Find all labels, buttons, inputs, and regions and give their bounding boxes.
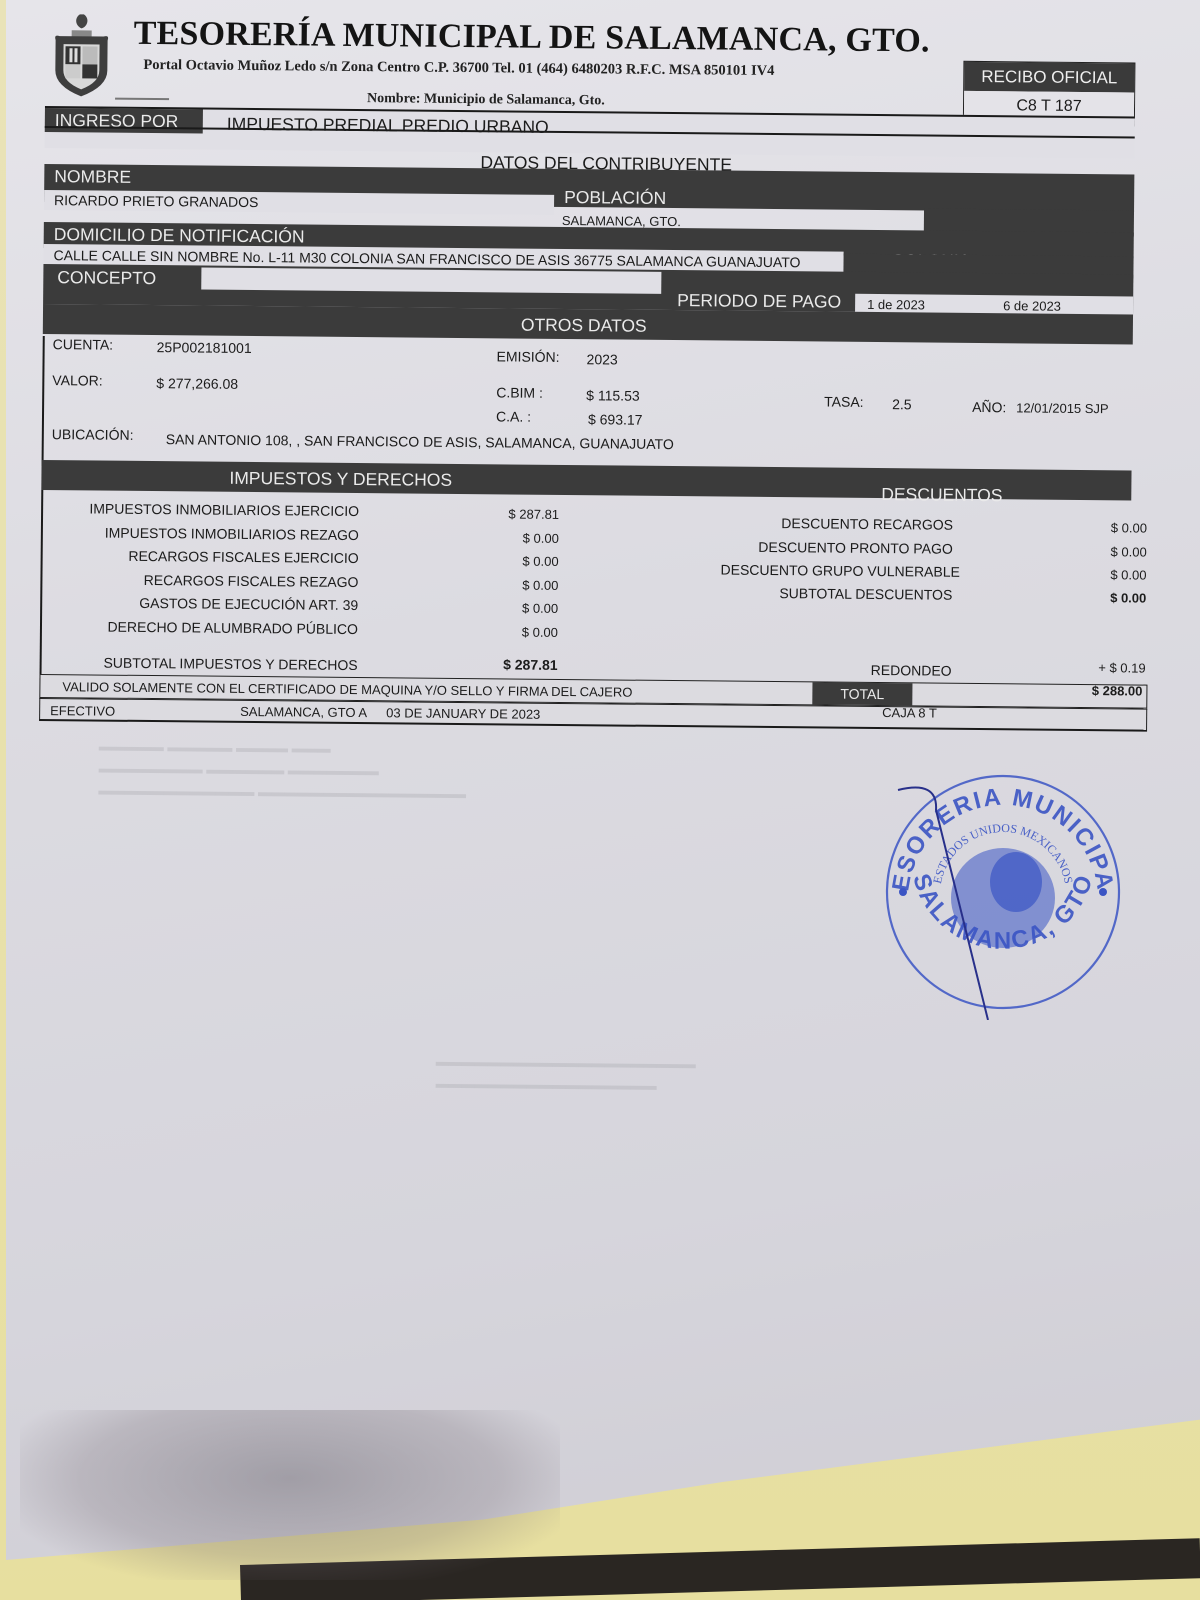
impuestos-subtotal-label: SUBTOTAL IMPUESTOS Y DERECHOS xyxy=(40,654,358,673)
caja: CAJA 8 T xyxy=(882,705,937,721)
descuento-label: DESCUENTO RECARGOS xyxy=(721,515,953,533)
valor-label: VALOR: xyxy=(52,372,102,388)
redondeo-label: REDONDEO xyxy=(720,660,952,678)
validez-text: VALIDO SOLAMENTE CON EL CERTIFICADO DE M… xyxy=(62,679,632,699)
periodo-hasta: 6 de 2023 xyxy=(1003,298,1061,314)
emision-value: 2023 xyxy=(587,351,618,367)
impuesto-label: RECARGOS FISCALES REZAGO xyxy=(40,570,358,589)
impuesto-amount: $ 0.00 xyxy=(461,530,559,546)
poblacion-label: POBLACIÓN xyxy=(564,187,666,209)
total-amount: $ 288.00 xyxy=(1020,682,1142,698)
ca-value: $ 693.17 xyxy=(588,411,643,428)
receipt-label: RECIBO OFICIAL xyxy=(964,62,1134,93)
impuesto-label: GASTOS DE EJECUCIÓN ART. 39 xyxy=(40,594,358,613)
descuento-amount: $ 0.00 xyxy=(1050,567,1146,583)
descuento-amount: $ 0.00 xyxy=(1051,520,1147,536)
descuentos-subtotal-label: SUBTOTAL DESCUENTOS xyxy=(720,585,952,603)
cuenta-value: 25P002181001 xyxy=(157,339,252,356)
hand-shadow xyxy=(20,1410,560,1580)
total-label: TOTAL xyxy=(812,682,912,705)
impuestos-title: IMPUESTOS Y DERECHOS xyxy=(229,468,452,491)
descuentos-title: DESCUENTOS xyxy=(881,484,1002,506)
tasa-label: TASA: xyxy=(824,393,864,409)
nombre-label: NOMBRE xyxy=(54,166,131,188)
emision-label: EMISIÓN: xyxy=(497,348,560,365)
descuentos-subtotal-amount: $ 0.00 xyxy=(1050,590,1146,606)
impuesto-label: DERECHO DE ALUMBRADO PÚBLICO xyxy=(40,617,358,636)
periodo-label: PERIODO DE PAGO xyxy=(677,290,841,313)
issuer-title: TESORERÍA MUNICIPAL DE SALAMANCA, GTO. xyxy=(133,15,929,61)
impuestos-subtotal-amount: $ 287.81 xyxy=(460,656,558,673)
municipal-coat-of-arms-icon xyxy=(49,12,114,99)
ca-label: C.A. : xyxy=(496,408,531,424)
nombre-value: RICARDO PRIETO GRANADOS xyxy=(54,192,258,210)
mexican-eagle-seal-icon: TESORERIA MUNICIPAL SALAMANCA, GTO ESTAD… xyxy=(878,770,1128,1020)
impuesto-amount: $ 0.00 xyxy=(460,624,558,640)
impuesto-label: IMPUESTOS INMOBILIARIOS EJERCICIO xyxy=(41,500,359,519)
impuesto-amount: $ 287.81 xyxy=(461,506,559,522)
anio-value: 12/01/2015 SJP xyxy=(1016,400,1109,416)
ingreso-value: IMPUESTO PREDIAL PREDIO URBANO xyxy=(227,114,549,138)
impuesto-label: RECARGOS FISCALES EJERCICIO xyxy=(41,547,359,566)
descuento-label: DESCUENTO GRUPO VULNERABLE xyxy=(720,562,952,580)
cbim-value: $ 115.53 xyxy=(586,387,640,404)
tasa-value: 2.5 xyxy=(892,396,912,412)
lugar: SALAMANCA, GTO A xyxy=(240,704,367,720)
cbim-label: C.BIM : xyxy=(496,384,543,400)
cuenta-label: CUENTA: xyxy=(53,336,114,353)
ubicacion-label: UBICACIÓN: xyxy=(52,426,134,443)
descuento-amount: $ 0.00 xyxy=(1051,543,1147,559)
fecha: 03 DE JANUARY DE 2023 xyxy=(386,705,540,721)
impuesto-label: IMPUESTOS INMOBILIARIOS REZAGO xyxy=(41,523,359,542)
concepto-label: CONCEPTO xyxy=(57,267,156,289)
descuento-label: DESCUENTO PRONTO PAGO xyxy=(721,538,953,556)
forma-pago: EFECTIVO xyxy=(50,703,115,719)
anio-label: AÑO: xyxy=(972,399,1006,415)
otros-datos-title: OTROS DATOS xyxy=(521,315,647,337)
impuesto-amount: $ 0.00 xyxy=(460,577,558,593)
impuesto-amount: $ 0.00 xyxy=(460,600,558,616)
ingreso-label: INGRESO POR xyxy=(45,108,203,134)
concepto-value xyxy=(201,268,661,294)
periodo-desde: 1 de 2023 xyxy=(867,297,925,313)
issuer-name: Nombre: Municipio de Salamanca, Gto. xyxy=(367,91,605,109)
redondeo-amount: + $ 0.19 xyxy=(1050,660,1146,676)
valor-value: $ 277,266.08 xyxy=(156,375,238,392)
impuesto-amount: $ 0.00 xyxy=(461,553,559,569)
